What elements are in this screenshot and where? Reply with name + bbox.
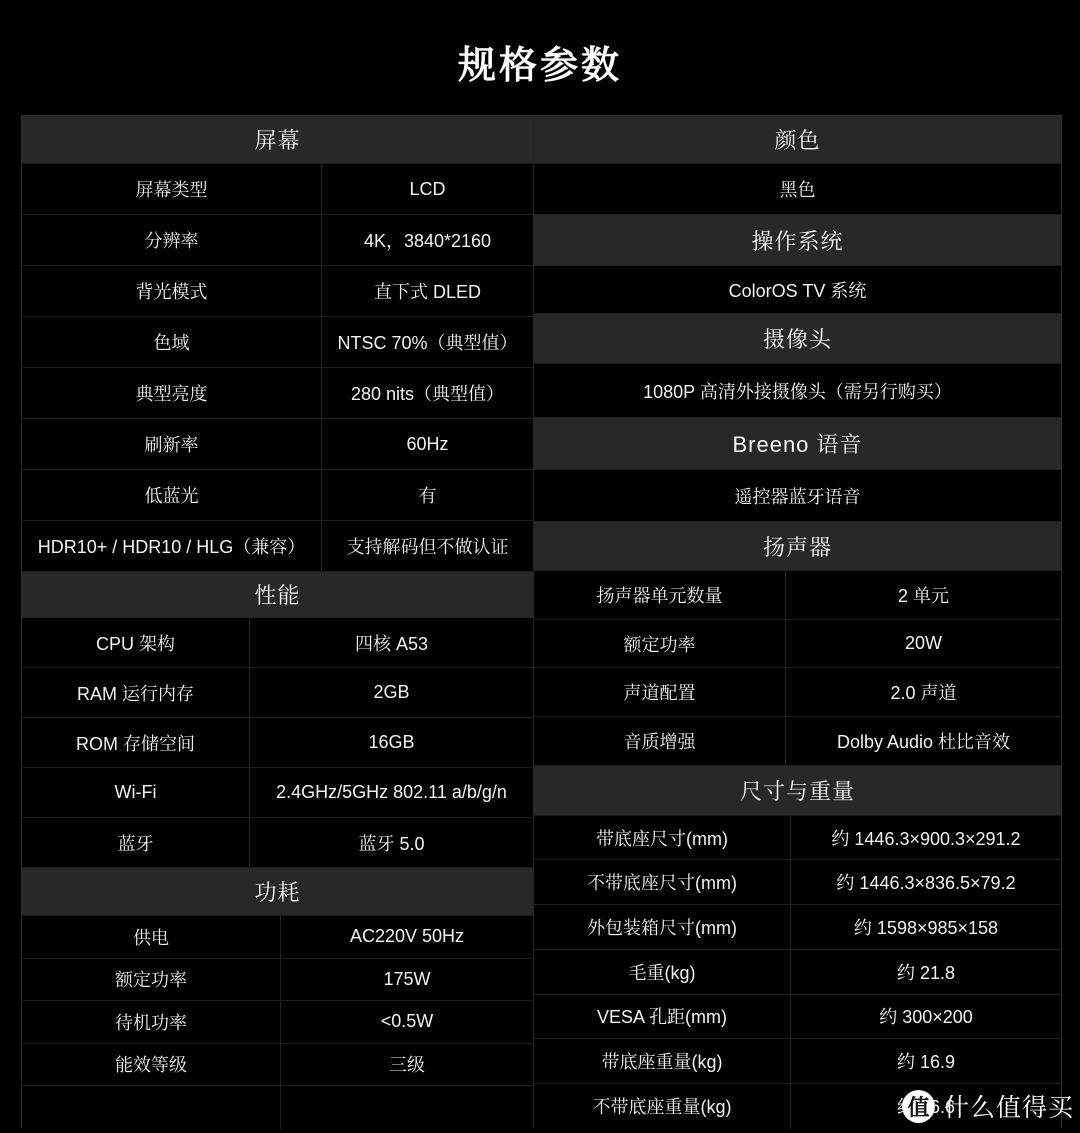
section-header-dimensions-weight: 尺寸与重量	[534, 766, 1061, 816]
spec-value: 蓝牙 5.0	[250, 818, 533, 867]
spec-value: 约 1446.3×836.5×79.2	[791, 860, 1061, 904]
table-row: CPU 架构 四核 A53	[22, 618, 533, 668]
table-row: 遥控器蓝牙语音	[534, 470, 1061, 522]
table-row: RAM 运行内存 2GB	[22, 668, 533, 718]
spec-value: 约 300×200	[791, 995, 1061, 1039]
smzdm-logo-icon: 值	[902, 1090, 935, 1123]
section-header-breeno-voice: Breeno 语音	[534, 418, 1061, 470]
smzdm-watermark-text: 什么值得买	[944, 1088, 1074, 1124]
spec-value: 2.4GHz/5GHz 802.11 a/b/g/n	[250, 768, 533, 817]
spec-label: 供电	[22, 916, 281, 958]
spec-value: 60Hz	[322, 419, 533, 469]
table-row: 供电 AC220V 50Hz	[22, 916, 533, 959]
table-row: 扬声器单元数量 2 单元	[534, 571, 1061, 620]
spec-label: 外包装箱尺寸(mm)	[534, 905, 791, 949]
table-row: HDR10+ / HDR10 / HLG（兼容） 支持解码但不做认证	[22, 521, 533, 572]
spec-label: 不带底座尺寸(mm)	[534, 860, 791, 904]
table-row: 不带底座尺寸(mm) 约 1446.3×836.5×79.2	[534, 860, 1061, 905]
table-row-empty	[22, 1086, 533, 1129]
spec-value-full: 遥控器蓝牙语音	[534, 483, 1061, 509]
spec-column-left: 屏幕 屏幕类型 LCD 分辨率 4K，3840*2160 背光模式 直下式 DL…	[22, 116, 534, 1127]
spec-value: 三级	[281, 1044, 533, 1086]
spec-label: 带底座尺寸(mm)	[534, 816, 791, 860]
spec-label: 额定功率	[22, 959, 281, 1001]
table-row: 黑色	[534, 164, 1061, 215]
table-row: 额定功率 20W	[534, 620, 1061, 669]
spec-label: 刷新率	[22, 419, 322, 469]
table-row: 低蓝光 有	[22, 470, 533, 521]
spec-value: 2GB	[250, 668, 533, 717]
spec-label: CPU 架构	[22, 618, 250, 667]
spec-table: 屏幕 屏幕类型 LCD 分辨率 4K，3840*2160 背光模式 直下式 DL…	[21, 115, 1062, 1128]
spec-value: 2 单元	[786, 571, 1061, 619]
spec-value-full: 黑色	[534, 176, 1061, 202]
spec-value: 280 nits（典型值）	[322, 368, 533, 418]
spec-label: 声道配置	[534, 668, 786, 716]
section-header-performance: 性能	[22, 572, 533, 618]
spec-label: 屏幕类型	[22, 164, 322, 214]
spec-value: 16GB	[250, 718, 533, 767]
spec-value: 直下式 DLED	[322, 266, 533, 316]
spec-label: HDR10+ / HDR10 / HLG（兼容）	[22, 521, 322, 571]
spec-label: 音质增强	[534, 717, 786, 765]
spec-value: 2.0 声道	[786, 668, 1061, 716]
spec-value: 支持解码但不做认证	[322, 521, 533, 571]
table-row: VESA 孔距(mm) 约 300×200	[534, 995, 1061, 1040]
spec-value-full: 1080P 高清外接摄像头（需另行购买）	[534, 378, 1061, 404]
table-row: 背光模式 直下式 DLED	[22, 266, 533, 317]
section-header-screen: 屏幕	[22, 116, 533, 164]
spec-value: 约 1446.3×900.3×291.2	[791, 816, 1061, 860]
spec-label: 分辨率	[22, 215, 322, 265]
spec-sheet-page: 规格参数 屏幕 屏幕类型 LCD 分辨率 4K，3840*2160 背光模式 直…	[0, 0, 1080, 1133]
spec-label: 不带底座重量(kg)	[534, 1084, 791, 1129]
table-row: 能效等级 三级	[22, 1044, 533, 1087]
spec-column-right: 颜色 黑色 操作系统 ColorOS TV 系统 摄像头 1080P 高清外接摄…	[534, 116, 1061, 1127]
section-header-os: 操作系统	[534, 215, 1061, 266]
spec-label: 背光模式	[22, 266, 322, 316]
table-row: ColorOS TV 系统	[534, 266, 1061, 314]
spec-label: 蓝牙	[22, 818, 250, 867]
spec-label: RAM 运行内存	[22, 668, 250, 717]
spec-label: 带底座重量(kg)	[534, 1039, 791, 1083]
spec-value: AC220V 50Hz	[281, 916, 533, 958]
table-row: 毛重(kg) 约 21.8	[534, 950, 1061, 995]
spec-label: 毛重(kg)	[534, 950, 791, 994]
spec-label: VESA 孔距(mm)	[534, 995, 791, 1039]
spec-value: 175W	[281, 959, 533, 1001]
table-row: ROM 存储空间 16GB	[22, 718, 533, 768]
table-row: 典型亮度 280 nits（典型值）	[22, 368, 533, 419]
spec-value: 约 21.8	[791, 950, 1061, 994]
table-row: 色域 NTSC 70%（典型值）	[22, 317, 533, 368]
smzdm-watermark: 值 什么值得买	[902, 1088, 1074, 1124]
spec-label: 额定功率	[534, 620, 786, 668]
spec-value: 有	[322, 470, 533, 520]
spec-label: 色域	[22, 317, 322, 367]
spec-label: 低蓝光	[22, 470, 322, 520]
spec-value: 20W	[786, 620, 1061, 668]
section-header-speaker: 扬声器	[534, 522, 1061, 571]
spec-value: LCD	[322, 164, 533, 214]
table-row: 声道配置 2.0 声道	[534, 668, 1061, 717]
spec-label-empty	[22, 1086, 281, 1129]
spec-value: NTSC 70%（典型值）	[322, 317, 533, 367]
spec-value: Dolby Audio 杜比音效	[786, 717, 1061, 765]
table-row: 外包装箱尺寸(mm) 约 1598×985×158	[534, 905, 1061, 950]
spec-label: Wi-Fi	[22, 768, 250, 817]
spec-value-full: ColorOS TV 系统	[534, 277, 1061, 303]
spec-label: 扬声器单元数量	[534, 571, 786, 619]
section-header-power: 功耗	[22, 868, 533, 916]
spec-label: 典型亮度	[22, 368, 322, 418]
table-row: 蓝牙 蓝牙 5.0	[22, 818, 533, 868]
spec-value-empty	[281, 1086, 533, 1129]
section-header-camera: 摄像头	[534, 314, 1061, 364]
spec-label: 能效等级	[22, 1044, 281, 1086]
table-row: 屏幕类型 LCD	[22, 164, 533, 215]
spec-value: 约 1598×985×158	[791, 905, 1061, 949]
page-title: 规格参数	[0, 34, 1080, 89]
table-row: 带底座尺寸(mm) 约 1446.3×900.3×291.2	[534, 816, 1061, 861]
table-row: 1080P 高清外接摄像头（需另行购买）	[534, 364, 1061, 418]
section-header-color: 颜色	[534, 116, 1061, 164]
spec-value: <0.5W	[281, 1001, 533, 1043]
spec-label: ROM 存储空间	[22, 718, 250, 767]
table-row: Wi-Fi 2.4GHz/5GHz 802.11 a/b/g/n	[22, 768, 533, 818]
table-row: 音质增强 Dolby Audio 杜比音效	[534, 717, 1061, 766]
table-row: 额定功率 175W	[22, 959, 533, 1002]
table-row: 待机功率 <0.5W	[22, 1001, 533, 1044]
spec-value: 约 16.9	[791, 1039, 1061, 1083]
spec-value: 四核 A53	[250, 618, 533, 667]
table-row: 刷新率 60Hz	[22, 419, 533, 470]
table-row: 带底座重量(kg) 约 16.9	[534, 1039, 1061, 1084]
table-row: 分辨率 4K，3840*2160	[22, 215, 533, 266]
spec-value: 4K，3840*2160	[322, 215, 533, 265]
spec-label: 待机功率	[22, 1001, 281, 1043]
